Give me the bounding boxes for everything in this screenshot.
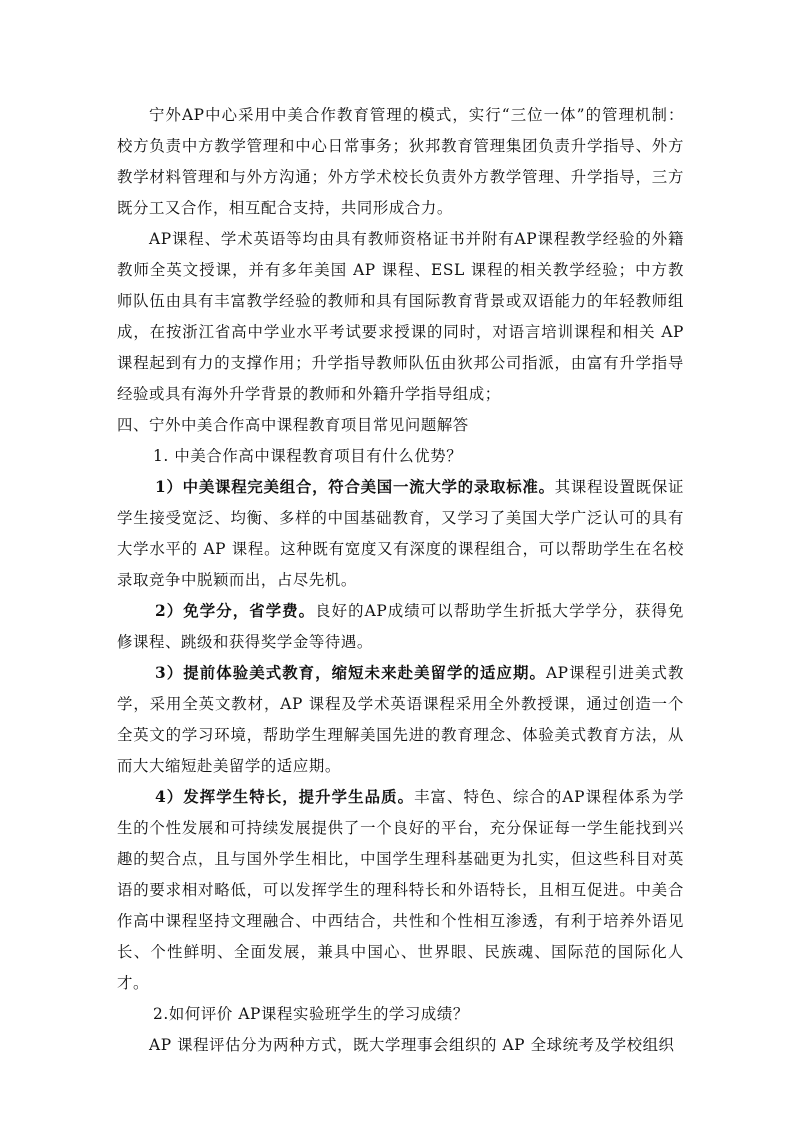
paragraph-text: AP 课程评估分为两种方式，既大学理事会组织的 AP 全球统考及学校组织 (149, 1036, 675, 1054)
point-lead: 2）免学分，省学费。 (155, 602, 315, 620)
point-3: 3）提前体验美式教育，缩短未来赴美留学的适应期。AP课程引进美式教学，采用全英文… (117, 658, 684, 782)
point-4: 4）发挥学生特长，提升学生品质。丰富、特色、综合的AP课程体系为学生的个性发展和… (117, 782, 684, 999)
paragraph-teaching-staff: AP课程、学术英语等均由具有教师资格证书并附有AP课程教学经验的外籍教师全英文授… (117, 224, 684, 410)
paragraph-management-model: 宁外AP中心采用中美合作教育管理的模式，实行“三位一体”的管理机制：校方负责中方… (117, 100, 684, 224)
point-lead: 3）提前体验美式教育，缩短未来赴美留学的适应期。 (155, 664, 546, 682)
paragraph-ap-evaluation: AP 课程评估分为两种方式，既大学理事会组织的 AP 全球统考及学校组织 (117, 1030, 684, 1061)
paragraph-text: AP课程、学术英语等均由具有教师资格证书并附有AP课程教学经验的外籍教师全英文授… (117, 230, 684, 403)
paragraph-text: 宁外AP中心采用中美合作教育管理的模式，实行“三位一体”的管理机制：校方负责中方… (117, 106, 684, 217)
document-page: 宁外AP中心采用中美合作教育管理的模式，实行“三位一体”的管理机制：校方负责中方… (117, 100, 684, 1061)
question-text: 2.如何评价 AP课程实验班学生的学习成绩？ (153, 1005, 469, 1023)
section-heading-faq: 四、宁外中美合作高中课程教育项目常见问题解答 (117, 410, 684, 441)
point-lead: 4）发挥学生特长，提升学生品质。 (155, 788, 414, 806)
point-text: 丰富、特色、综合的AP课程体系为学生的个性发展和可持续发展提供了一个良好的平台，… (117, 788, 684, 992)
question-1: 1. 中美合作高中课程教育项目有什么优势？ (117, 441, 684, 472)
point-2: 2）免学分，省学费。良好的AP成绩可以帮助学生折抵大学学分，获得免修课程、跳级和… (117, 596, 684, 658)
heading-text: 四、宁外中美合作高中课程教育项目常见问题解答 (117, 416, 469, 434)
question-text: 1. 中美合作高中课程教育项目有什么优势？ (153, 447, 462, 465)
point-1: 1）中美课程完美组合，符合美国一流大学的录取标准。其课程设置既保证学生接受宽泛、… (117, 472, 684, 596)
question-2: 2.如何评价 AP课程实验班学生的学习成绩？ (117, 999, 684, 1030)
point-lead: 1）中美课程完美组合，符合美国一流大学的录取标准。 (155, 478, 555, 496)
